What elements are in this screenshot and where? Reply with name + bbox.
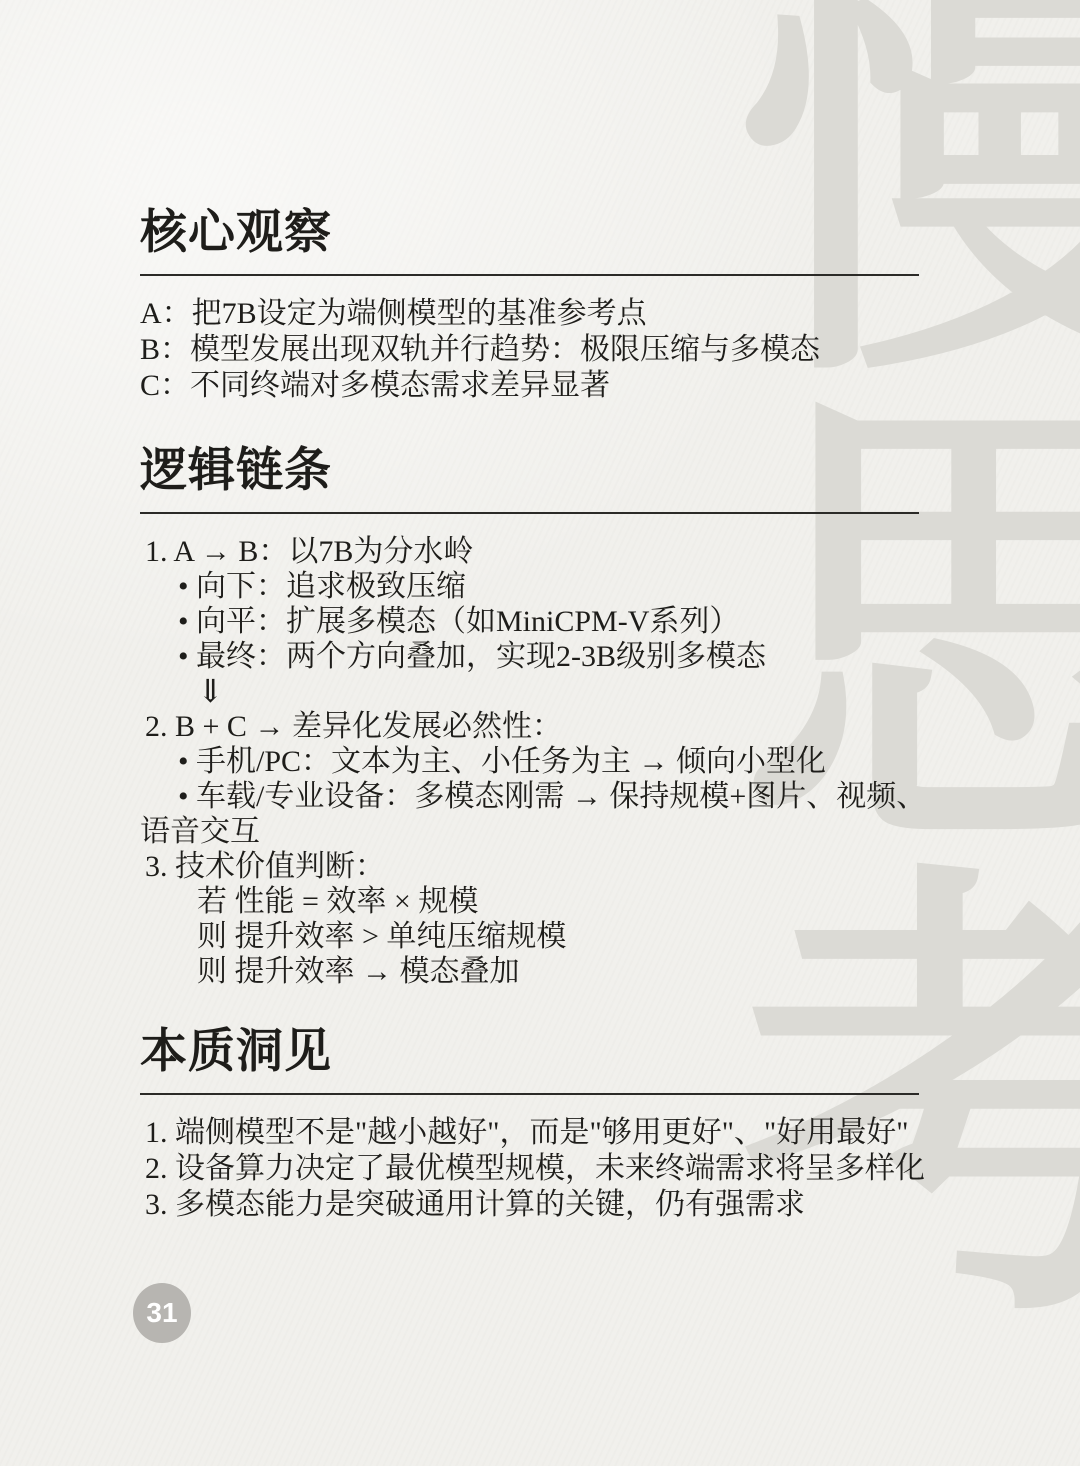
section-lines: A：把7B设定为端侧模型的基准参考点B：模型发展出现双轨并行趋势：极限压缩与多模… bbox=[140, 296, 930, 404]
text-line: • 向下：追求极致压缩 bbox=[140, 569, 930, 604]
section-lines: 1. A → B：以7B为分水岭• 向下：追求极致压缩• 向平：扩展多模态（如M… bbox=[140, 534, 930, 989]
section-logic-chain: 逻辑链条 1. A → B：以7B为分水岭• 向下：追求极致压缩• 向平：扩展多… bbox=[140, 444, 930, 989]
text-line: B：模型发展出现双轨并行趋势：极限压缩与多模态 bbox=[140, 332, 930, 368]
section-essential-insights: 本质洞见 1. 端侧模型不是"越小越好"，而是"够用更好"、"好用最好"2. 设… bbox=[140, 1025, 930, 1223]
section-title-logic-chain: 逻辑链条 bbox=[140, 444, 930, 498]
text-line: 则 提升效率 > 单纯压缩规模 bbox=[140, 919, 930, 954]
text-line: 1. 端侧模型不是"越小越好"，而是"够用更好"、"好用最好" bbox=[140, 1115, 930, 1151]
note-page: 慢思考 核心观察 A：把7B设定为端侧模型的基准参考点B：模型发展出现双轨并行趋… bbox=[0, 0, 1080, 1466]
section-core-observations: 核心观察 A：把7B设定为端侧模型的基准参考点B：模型发展出现双轨并行趋势：极限… bbox=[140, 206, 930, 404]
section-lines: 1. 端侧模型不是"越小越好"，而是"够用更好"、"好用最好"2. 设备算力决定… bbox=[140, 1115, 930, 1223]
text-line: 若 性能 = 效率 × 规模 bbox=[140, 884, 930, 919]
page-content: 核心观察 A：把7B设定为端侧模型的基准参考点B：模型发展出现双轨并行趋势：极限… bbox=[140, 0, 930, 1223]
text-line: ⇓ bbox=[140, 674, 930, 709]
page-number-badge: 31 bbox=[133, 1283, 191, 1343]
text-line: 1. A → B：以7B为分水岭 bbox=[140, 534, 930, 569]
text-line: 2. 设备算力决定了最优模型规模，未来终端需求将呈多样化 bbox=[140, 1151, 930, 1187]
divider-rule bbox=[140, 512, 919, 514]
text-line: • 车载/专业设备：多模态刚需 → 保持规模+图片、视频、语音交互 bbox=[140, 779, 930, 849]
text-line: 3. 多模态能力是突破通用计算的关键，仍有强需求 bbox=[140, 1187, 930, 1223]
text-line: C：不同终端对多模态需求差异显著 bbox=[140, 368, 930, 404]
text-line: • 最终：两个方向叠加，实现2-3B级别多模态 bbox=[140, 639, 930, 674]
divider-rule bbox=[140, 274, 919, 276]
divider-rule bbox=[140, 1093, 919, 1095]
text-line: 则 提升效率 → 模态叠加 bbox=[140, 954, 930, 989]
text-line: • 向平：扩展多模态（如MiniCPM-V系列） bbox=[140, 604, 930, 639]
text-line: 3. 技术价值判断： bbox=[140, 849, 930, 884]
text-line: 2. B + C → 差异化发展必然性： bbox=[140, 709, 930, 744]
section-title-core-observations: 核心观察 bbox=[140, 206, 930, 260]
section-title-essential-insights: 本质洞见 bbox=[140, 1025, 930, 1079]
text-line: A：把7B设定为端侧模型的基准参考点 bbox=[140, 296, 930, 332]
text-line: • 手机/PC：文本为主、小任务为主 → 倾向小型化 bbox=[140, 744, 930, 779]
